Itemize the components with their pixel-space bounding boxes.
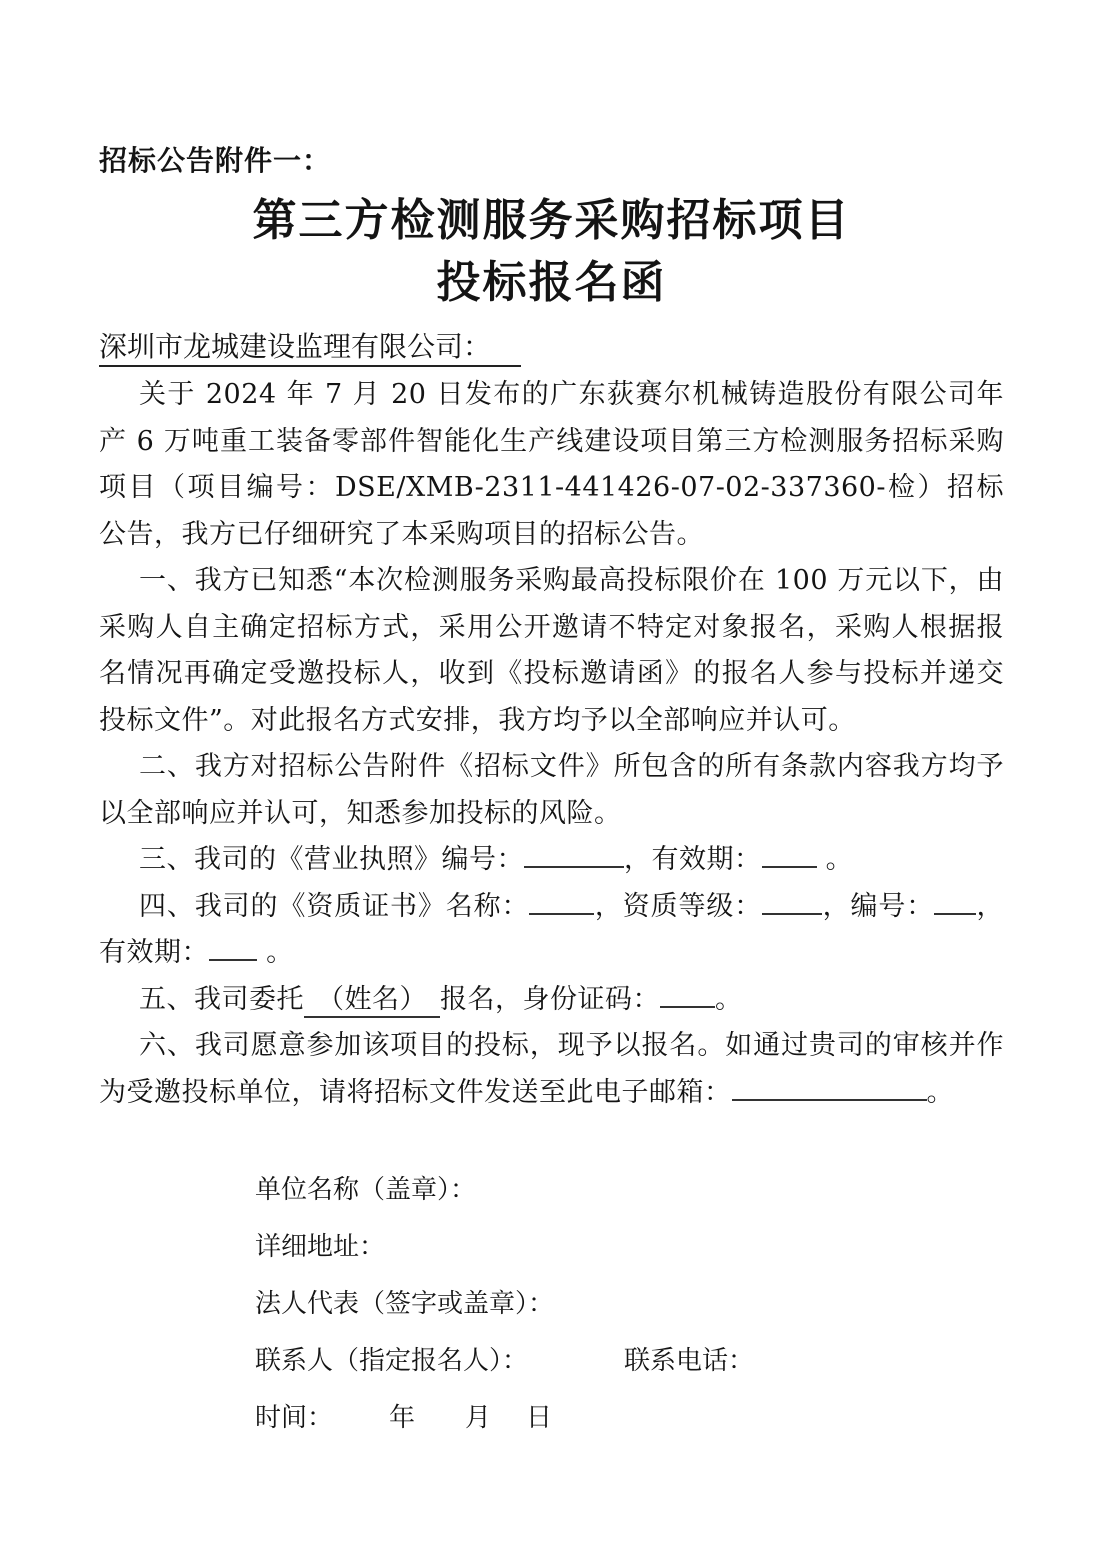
document-title-line2: 投标报名函 — [99, 252, 1004, 314]
body-paragraph-item4: 四、我司的《资质证书》名称：，资质等级：，编号：，有效期： 。 — [99, 884, 1004, 977]
phone-label: 联系电话： — [624, 1346, 754, 1376]
item3-text-validity-label: ，有效期： — [624, 844, 762, 875]
document-title: 第三方检测服务采购招标项目 投标报名函 — [99, 190, 1004, 314]
document-title-line1: 第三方检测服务采购招标项目 — [99, 190, 1004, 252]
signature-company-line: 单位名称（盖章）： — [255, 1162, 1004, 1219]
body-paragraph-intro: 关于 2024 年 7 月 20 日发布的广东荻赛尔机械铸造股份有限公司年产 6… — [99, 372, 1004, 558]
date-label: 时间： — [255, 1403, 333, 1433]
item2-text: 二、我方对招标公告附件《招标文件》所包含的所有条款内容我方均予以全部响应并认可，… — [99, 751, 1004, 829]
id-number-blank — [660, 993, 715, 1008]
license-number-blank — [524, 853, 624, 868]
body-paragraph-item2: 二、我方对招标公告附件《招标文件》所包含的所有条款内容我方均予以全部响应并认可，… — [99, 744, 1004, 837]
cert-validity-blank — [209, 946, 257, 961]
signature-block: 单位名称（盖章）： 详细地址： 法人代表（签字或盖章）： 联系人（指定报名人）：… — [255, 1162, 1004, 1447]
address-label: 详细地址： — [255, 1232, 385, 1262]
item4-text-cert-number-label: ，编号： — [822, 891, 934, 922]
contact-label: 联系人（指定报名人）： — [255, 1346, 528, 1376]
company-seal-label: 单位名称（盖章）： — [255, 1175, 476, 1205]
body-paragraph-item5: 五、我司委托（姓名）报名，身份证码：。 — [99, 977, 1004, 1024]
body-paragraph-item6: 六、我司愿意参加该项目的投标，现予以报名。如通过贵司的审核并作为受邀投标单位，请… — [99, 1023, 1004, 1116]
document-page: 招标公告附件一： 第三方检测服务采购招标项目 投标报名函 深圳市龙城建设监理有限… — [0, 0, 1102, 1559]
year-label: 年 — [389, 1403, 415, 1433]
item4-text-cert-grade-label: ，资质等级： — [594, 891, 762, 922]
entrusted-name-placeholder: （姓名） — [304, 984, 440, 1018]
legal-rep-label: 法人代表（签字或盖章）： — [255, 1289, 554, 1319]
email-blank — [732, 1086, 927, 1101]
license-validity-blank — [762, 853, 817, 868]
addressee-line: 深圳市龙城建设监理有限公司： — [99, 326, 1004, 368]
attachment-label: 招标公告附件一： — [99, 142, 1004, 180]
addressee-company-name: 深圳市龙城建设监理有限公司： — [99, 330, 521, 367]
day-label: 日 — [526, 1403, 552, 1433]
body-paragraph-item3: 三、我司的《营业执照》编号：，有效期： 。 — [99, 837, 1004, 884]
cert-name-blank — [529, 900, 594, 915]
item4-text-period: 。 — [257, 937, 294, 968]
signature-legal-rep-line: 法人代表（签字或盖章）： — [255, 1276, 1004, 1333]
body-paragraph-item1: 一、我方已知悉“本次检测服务采购最高投标限价在 100 万元以下，由采购人自主确… — [99, 558, 1004, 744]
month-label: 月 — [465, 1403, 491, 1433]
item3-text-license-number-label: 三、我司的《营业执照》编号： — [139, 844, 524, 875]
item4-text-cert-name-label: 四、我司的《资质证书》名称： — [139, 891, 529, 922]
cert-number-blank — [934, 900, 976, 915]
item6-text-period: 。 — [927, 1077, 955, 1108]
item5-text-id-label: 报名，身份证码： — [440, 984, 660, 1015]
item5-text-period: 。 — [715, 984, 743, 1015]
signature-address-line: 详细地址： — [255, 1219, 1004, 1276]
cert-grade-blank — [762, 900, 822, 915]
signature-contact-line: 联系人（指定报名人）：联系电话： — [255, 1333, 1004, 1390]
item1-text: 一、我方已知悉“本次检测服务采购最高投标限价在 100 万元以下，由采购人自主确… — [99, 565, 1004, 736]
item3-text-period: 。 — [817, 844, 854, 875]
letter-body: 关于 2024 年 7 月 20 日发布的广东荻赛尔机械铸造股份有限公司年产 6… — [99, 372, 1004, 1116]
intro-text: 关于 2024 年 7 月 20 日发布的广东荻赛尔机械铸造股份有限公司年产 6… — [99, 379, 1004, 550]
signature-date-line: 时间：年月日 — [255, 1390, 1004, 1447]
item5-text-entrust-label: 五、我司委托 — [139, 984, 304, 1015]
